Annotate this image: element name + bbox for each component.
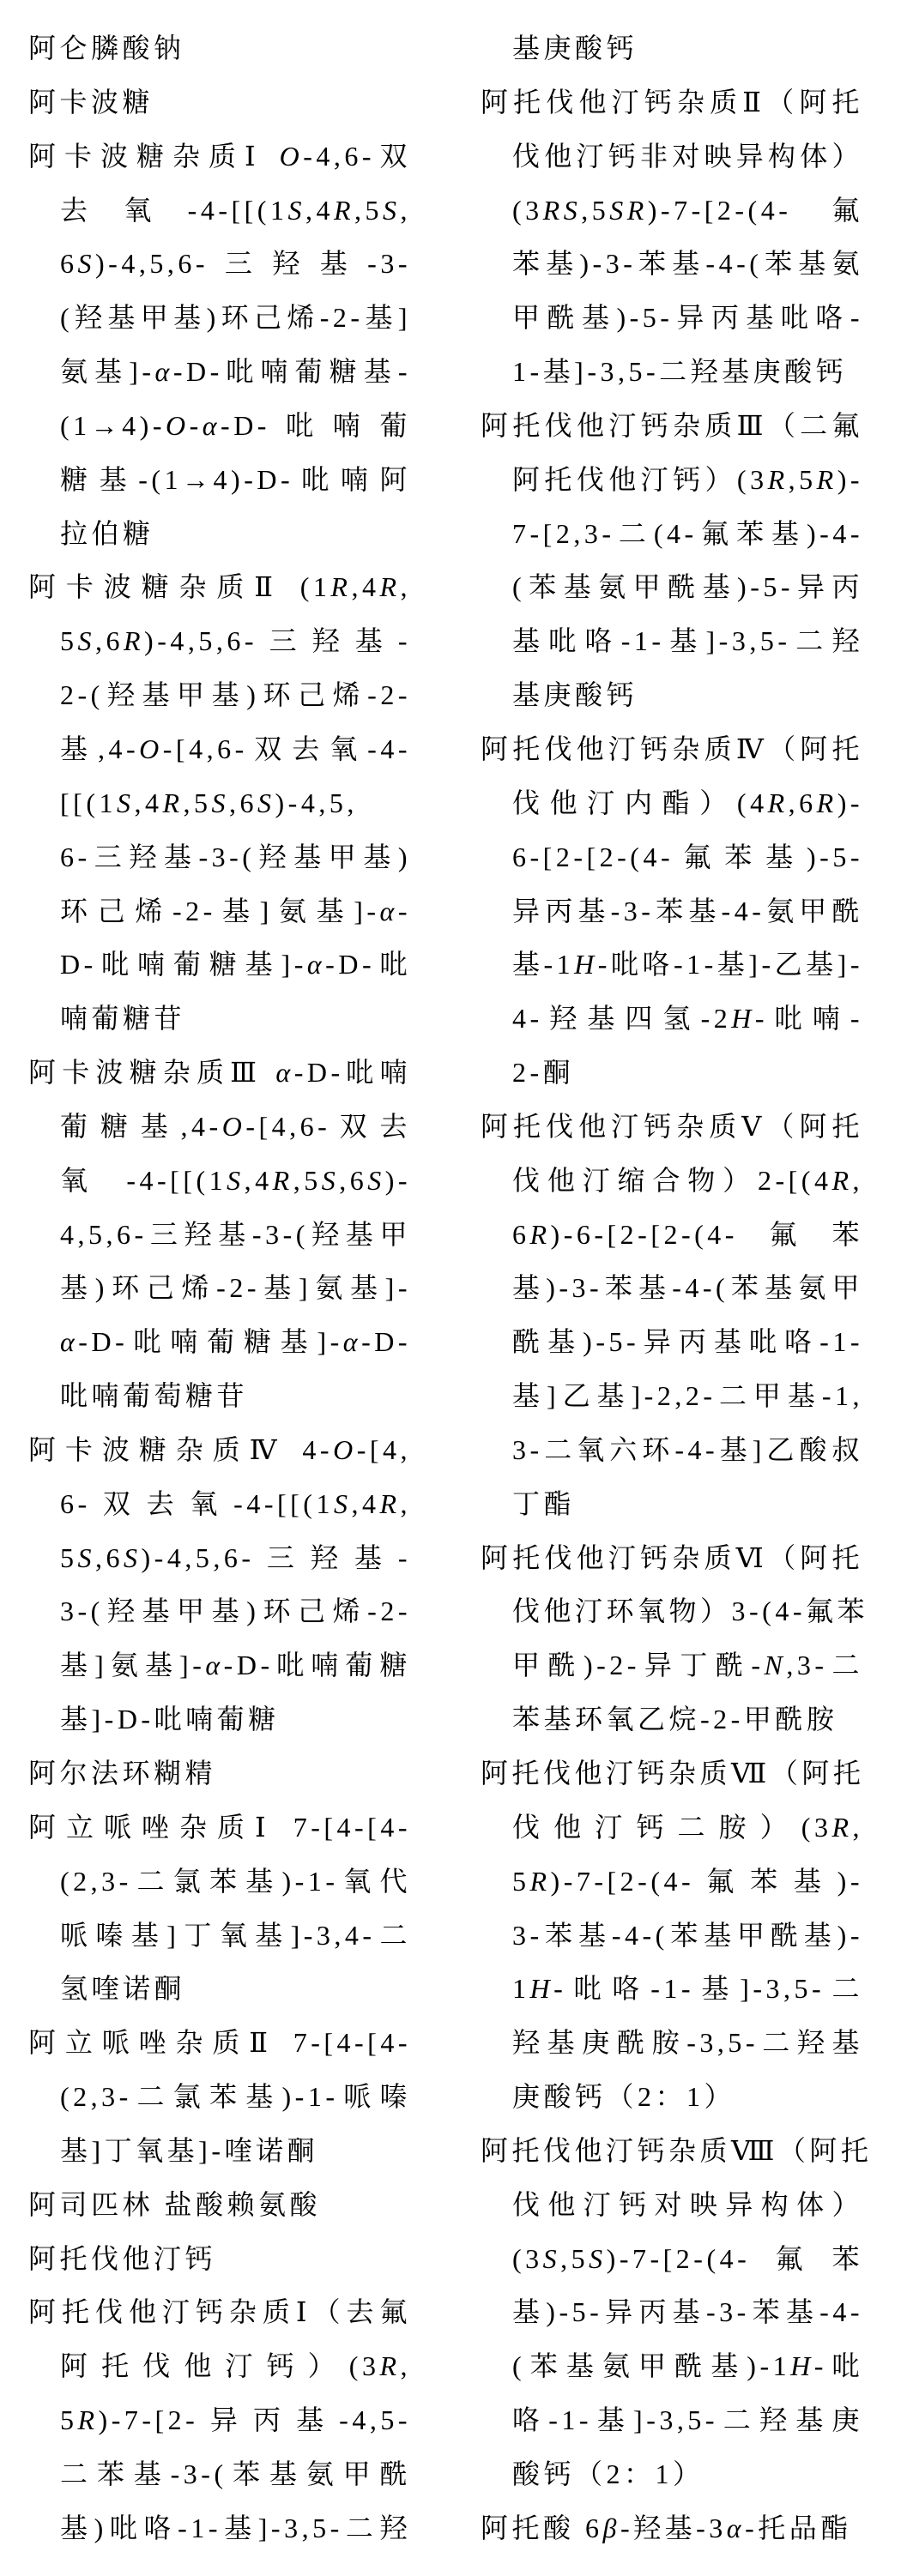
entry-text: -4,6-双 [303, 141, 411, 172]
entry-text: （阿托 [766, 87, 863, 118]
italic-symbol: S [227, 1165, 245, 1196]
entry-term: 阿托酸 [481, 2513, 575, 2543]
entry-continuation-line: (苯基氨甲酰基)-5-异丙 [481, 560, 863, 614]
entry-text: 伐他汀环氧物）3-(4-氟苯 [512, 1596, 868, 1626]
italic-symbol: S [78, 1542, 96, 1573]
entry-first-line: 阿仑膦酸钠 [28, 21, 411, 75]
italic-symbol: S [543, 2243, 561, 2274]
entry-text: 阿托伐他汀钙）(3 [512, 464, 768, 495]
entry-text: 羟基庚酰胺-3,5-二羟基 [512, 2027, 863, 2058]
entry-continuation-line: 异丙基-3-苯基-4-氨甲酰 [481, 884, 863, 938]
entry-continuation-line: D-吡喃葡糖基]-α-D-吡 [28, 938, 411, 992]
entry-first-line: 阿托伐他汀钙杂质Ⅱ（阿托 [481, 75, 863, 130]
entry-text: ,6 [95, 1542, 124, 1573]
entry-text: 伐他汀钙非对映异构体） [512, 141, 863, 172]
entry-first-line: 阿托伐他汀钙杂质Ⅳ（阿托 [481, 722, 863, 776]
entry-term: 阿仑膦酸钠 [28, 33, 185, 63]
italic-symbol: α [275, 1057, 293, 1088]
entry-continuation-line: 基)环己烯-2-基]氨基]- [28, 1261, 411, 1315]
entry-continuation-line: (2,3-二氯苯基)-1-哌嗪 [28, 2070, 411, 2124]
entry-continuation-line: 2-(羟基甲基)环己烯-2- [28, 668, 411, 722]
entry-term: 阿卡波糖杂质Ⅳ [28, 1434, 286, 1465]
entry-text: 5 [60, 2404, 78, 2435]
entry-continuation-line: 甲酰)-2-异丁酰-N,3-二 [481, 1638, 863, 1692]
italic-symbol: R [379, 2350, 400, 2381]
entry-text: （阿托 [768, 1542, 863, 1573]
entry-continuation-line: 5S,6R)-4,5,6-三羟基- [28, 614, 411, 668]
entry-text [264, 141, 280, 172]
entry-text: 基)吡咯-1-基]-3,5-二羟 [60, 2513, 411, 2543]
italic-symbol: O [333, 1434, 357, 1465]
entry-text: 3-(羟基甲基)环己烯-2- [60, 1596, 411, 1626]
italic-symbol: RS [543, 195, 582, 226]
entry-term: 阿司匹林 盐酸赖氨酸 [28, 2189, 321, 2220]
index-entry: 阿立哌唑杂质Ⅰ 7-[4-[4-(2,3-二氯苯基)-1-氧代哌嗪基]丁氧基]-… [28, 1801, 411, 2016]
entry-continuation-line: 6-三羟基-3-(羟基甲基) [28, 830, 411, 884]
entry-continuation-line: 哌嗪基]丁氧基]-3,4-二 [28, 1909, 411, 1963]
entry-continuation-line: 基庚酸钙 [481, 21, 863, 75]
italic-symbol: S [117, 787, 135, 818]
entry-text: 2-(羟基甲基)环己烯-2- [60, 679, 411, 710]
entry-text: )-7-[2-(4-氟 [648, 195, 863, 226]
entry-text: 二苯基-3-(苯基氨甲酰 [60, 2458, 411, 2489]
entry-continuation-line: 环己烯-2-基]氨基]-α- [28, 884, 411, 938]
entry-continuation-line: 伐他汀内酯）(4R,6R)- [481, 776, 863, 830]
entry-first-line: 阿托伐他汀钙 [28, 2232, 411, 2286]
entry-text: 酸钙（2：1） [512, 2458, 704, 2489]
italic-symbol: R [768, 787, 789, 818]
entry-text: )- [837, 464, 863, 495]
entry-continuation-line: 2-酮 [481, 1046, 863, 1100]
entry-continuation-line: 4,5,6-三羟基-3-(羟基甲 [28, 1208, 411, 1262]
entry-continuation-line: (2,3-二氯苯基)-1-氧代 [28, 1855, 411, 1909]
entry-text: ,6 [789, 787, 817, 818]
entry-text: ,4 [305, 195, 334, 226]
entry-continuation-line: (羟基甲基)环己烯-2-基] [28, 291, 411, 345]
entry-text: - [190, 410, 203, 441]
entry-text: （去氟 [313, 2296, 411, 2327]
entry-continuation-line: 甲酰基)-5-异丙基吡咯- [481, 291, 863, 345]
italic-symbol: S [334, 1488, 352, 1519]
entry-continuation-line: 苯基环氧乙烷-2-甲酰胺 [481, 1692, 863, 1746]
italic-symbol: R [530, 1866, 551, 1897]
entry-text: 氢喹诺酮 [60, 1973, 185, 2004]
italic-symbol: O [280, 141, 304, 172]
entry-text: )-4,5,6-三羟基-3- [95, 248, 411, 279]
entry-text: 基]丁氧基]-喹诺酮 [60, 2135, 318, 2166]
entry-continuation-line: 5S,6S)-4,5,6-三羟基- [28, 1531, 411, 1585]
entry-first-line: 阿托伐他汀钙杂质Ⅲ（二氟 [481, 399, 863, 453]
entry-text: 5 [60, 625, 78, 656]
entry-continuation-line: (1→4)-O-α-D-吡喃葡 [28, 399, 411, 453]
italic-symbol: S [78, 248, 96, 279]
entry-continuation-line: (3RS,5SR)-7-[2-(4-氟 [481, 184, 863, 238]
entry-continuation-line: 酰基)-5-异丙基吡咯-1- [481, 1315, 863, 1369]
italic-symbol: α [155, 356, 173, 387]
entry-continuation-line: 氨基]-α-D-吡喃葡糖基- [28, 345, 411, 399]
entry-text: , [401, 195, 412, 226]
entry-text: 4,5,6-三羟基-3-(羟基甲 [60, 1219, 411, 1250]
entry-continuation-line: 咯-1-基]-3,5-二羟基庚 [481, 2393, 863, 2447]
index-entry: 阿司匹林 盐酸赖氨酸 [28, 2178, 411, 2232]
italic-symbol: R [831, 1165, 852, 1196]
index-entry: 阿卡波糖杂质Ⅱ (1R,4R,5S,6R)-4,5,6-三羟基-2-(羟基甲基)… [28, 560, 411, 1046]
index-entry: 阿托伐他汀钙杂质Ⅳ（阿托伐他汀内酯）(4R,6R)-6-[2-[2-(4-氟苯基… [481, 722, 863, 1100]
entry-continuation-line: 基-1H-吡咯-1-基]-乙基]- [481, 938, 863, 992]
entry-first-line: 阿卡波糖杂质Ⅰ O-4,6-双 [28, 130, 411, 184]
entry-term: 阿托伐他汀钙杂质Ⅰ [28, 2296, 313, 2327]
entry-text: -吡咯-1-基]-3,5-二 [553, 1973, 863, 2004]
entry-text: -吡 [814, 2350, 863, 2381]
entry-text: 去氧-4-[[(1 [60, 195, 287, 226]
entry-continuation-line: 基)-3-苯基-4-(苯基氨甲 [481, 1261, 863, 1315]
entry-text: 伐他汀钙二胺）(3 [512, 1812, 831, 1843]
entry-text: 7-[2,3-二(4-氟苯基)-4- [512, 518, 863, 549]
entry-continuation-line: 3-(羟基甲基)环己烯-2- [28, 1584, 411, 1638]
entry-first-line: 阿立哌唑杂质Ⅱ 7-[4-[4- [28, 2016, 411, 2070]
entry-continuation-line: 6-双去氧-4-[[(1S,4R, [28, 1477, 411, 1531]
index-entry: 阿立哌唑杂质Ⅱ 7-[4-[4-(2,3-二氯苯基)-1-哌嗪基]丁氧基]-喹诺… [28, 2016, 411, 2178]
entry-text: 基吡咯-1-基]-3,5-二羟 [512, 625, 863, 656]
entry-first-line: 阿卡波糖 [28, 75, 411, 130]
entry-continuation-line: 氧-4-[[(1S,4R,5S,6S)- [28, 1154, 411, 1208]
entry-text: ,6 [229, 787, 257, 818]
entry-continuation-line: 基]乙基]-2,2-二甲基-1, [481, 1369, 863, 1423]
entry-text [263, 1057, 275, 1088]
index-entry: 阿仑膦酸钠 [28, 21, 411, 75]
entry-text: 基]-D-吡喃葡糖 [60, 1704, 280, 1734]
entry-text: （阿托 [771, 1758, 865, 1789]
entry-text: -D-吡喃葡 [221, 410, 411, 441]
entry-text: 苯基环氧乙烷-2-甲酰胺 [512, 1704, 837, 1734]
italic-symbol: R [817, 464, 837, 495]
entry-text: 葡糖基,4- [60, 1111, 222, 1142]
entry-continuation-line: 6-[2-[2-(4-氟苯基)-5- [481, 830, 863, 884]
entry-text: 吡喃葡萄糖苷 [60, 1380, 248, 1411]
entry-continuation-line: 葡糖基,4-O-[4,6-双去 [28, 1100, 411, 1154]
entry-first-line: 阿托伐他汀钙杂质Ⅵ（阿托 [481, 1531, 863, 1585]
entry-text: )-4,5, [275, 787, 358, 818]
entry-text: 环己烯-2-基]氨基]- [60, 896, 380, 926]
italic-symbol: R [273, 1165, 293, 1196]
entry-continuation-line: 去氧-4-[[(1S,4R,5S, [28, 184, 411, 238]
italic-symbol: R [124, 625, 144, 656]
italic-symbol: R [379, 571, 400, 602]
entry-continuation-line: 伐他汀钙对映异构体） [481, 2178, 863, 2232]
italic-symbol: R [831, 1812, 852, 1843]
italic-symbol: S [124, 1542, 142, 1573]
index-entry: 基庚酸钙 [481, 21, 863, 75]
entry-text: 甲酰基)-5-异丙基吡咯- [512, 302, 863, 333]
entry-continuation-line: 糖基-(1→4)-D-吡喃阿 [28, 453, 411, 507]
italic-symbol: R [379, 1488, 400, 1519]
entry-text: , [401, 2350, 412, 2381]
entry-text: 2-酮 [512, 1057, 574, 1088]
entry-text: 伐他汀钙对映异构体） [512, 2189, 863, 2220]
entry-first-line: 阿立哌唑杂质Ⅰ 7-[4-[4- [28, 1801, 411, 1855]
entry-continuation-line: 3-二氧六环-4-基]乙酸叔 [481, 1423, 863, 1477]
entry-text: 5 [512, 1866, 530, 1897]
entry-text: （阿托 [778, 2135, 873, 2166]
entry-text: -羟基-3 [620, 2513, 727, 2543]
entry-text: )-6-[2-[2-(4-氟苯 [551, 1219, 863, 1250]
italic-symbol: H [790, 2350, 814, 2381]
entry-continuation-line: (3S,5S)-7-[2-(4-氟苯 [481, 2232, 863, 2286]
entry-term: 阿托伐他汀钙杂质Ⅲ [481, 410, 768, 441]
index-entry: 阿托伐他汀钙杂质Ⅷ（阿托伐他汀钙对映异构体）(3S,5S)-7-[2-(4-氟苯… [481, 2124, 863, 2501]
entry-continuation-line: 1H-吡咯-1-基]-3,5-二 [481, 1962, 863, 2016]
entry-term: 阿立哌唑杂质Ⅱ [28, 2027, 277, 2058]
entry-text: )- [837, 787, 863, 818]
entry-text: [[(1 [60, 787, 117, 818]
entry-text: ,5 [789, 464, 817, 495]
italic-symbol: S [383, 195, 401, 226]
entry-text: -托品酯 [745, 2513, 852, 2543]
entry-continuation-line: 拉伯糖 [28, 507, 411, 561]
entry-text: 1 [512, 1973, 530, 2004]
entry-text: , [853, 1812, 864, 1843]
entry-term: 阿尔法环糊精 [28, 1758, 216, 1789]
entry-text: ,4 [351, 571, 379, 602]
entry-continuation-line: 基,4-O-[4,6-双去氧-4- [28, 722, 411, 776]
entry-term: 阿托伐他汀钙杂质Ⅱ [481, 87, 766, 118]
entry-text: 基)-5-异丙基-3-苯基-4- [512, 2296, 863, 2327]
entry-continuation-line: 二苯基-3-(苯基氨甲酰 [28, 2447, 411, 2501]
index-page: 阿仑膦酸钠阿卡波糖阿卡波糖杂质Ⅰ O-4,6-双去氧-4-[[(1S,4R,5S… [0, 0, 907, 2576]
entry-text: 基)环己烯-2-基]氨基]- [60, 1272, 411, 1303]
entry-text: 阿托伐他汀钙）(3 [60, 2350, 379, 2381]
index-entry: 阿托伐他汀钙 [28, 2232, 411, 2286]
italic-symbol: α [60, 1326, 78, 1357]
entry-text: , [401, 571, 412, 602]
entry-term: 阿托伐他汀钙 [28, 2243, 216, 2274]
entry-text: 6 [575, 2513, 603, 2543]
italic-symbol: SR [609, 195, 648, 226]
italic-symbol: R [334, 195, 354, 226]
entry-text: （二氟 [768, 410, 863, 441]
entry-text: 基)-3-苯基-4-(苯基氨甲 [512, 1272, 863, 1303]
entry-text: ,4 [351, 1488, 379, 1519]
italic-symbol: S [367, 1165, 385, 1196]
entry-text: ,5 [184, 787, 212, 818]
index-entry: 阿卡波糖杂质Ⅳ 4-O-[4,6-双去氧-4-[[(1S,4R,5S,6S)-4… [28, 1423, 411, 1746]
italic-symbol: O [139, 733, 163, 764]
italic-symbol: N [765, 1650, 787, 1680]
entry-text: )-7-[2-异丙基-4,5- [99, 2404, 411, 2435]
entry-text: ,4 [134, 787, 162, 818]
entry-continuation-line: 基吡咯-1-基]-3,5-二羟 [481, 614, 863, 668]
entry-continuation-line: 阿托伐他汀钙）(3R,5R)- [481, 453, 863, 507]
entry-text: 拉伯糖 [60, 518, 154, 549]
entry-continuation-line: 酸钙（2：1） [481, 2447, 863, 2501]
index-entry: 阿托伐他汀钙杂质Ⅱ（阿托伐他汀钙非对映异构体）(3RS,5SR)-7-[2-(4… [481, 75, 863, 399]
entry-term: 阿托伐他汀钙杂质Ⅶ [481, 1758, 771, 1789]
entry-continuation-line: 伐他汀环氧物）3-(4-氟苯 [481, 1584, 863, 1638]
index-entry: 阿托伐他汀钙杂质Ⅰ（去氟阿托伐他汀钙）(3R,5R)-7-[2-异丙基-4,5-… [28, 2285, 411, 2555]
entry-text: 6-三羟基-3-(羟基甲基) [60, 842, 411, 872]
italic-symbol: O [166, 410, 190, 441]
entry-text: 甲酰)-2-异丁酰- [512, 1650, 765, 1680]
entry-text: 基,4- [60, 733, 139, 764]
entry-text: ,5 [560, 2243, 589, 2274]
entry-first-line: 阿托伐他汀钙杂质Ⅴ（阿托 [481, 1100, 863, 1154]
entry-text: -吡喃- [755, 1003, 863, 1034]
entry-continuation-line: 吡喃葡萄糖苷 [28, 1369, 411, 1423]
entry-text: )-7-[2-(4-氟苯基)- [551, 1866, 863, 1897]
entry-text: 咯-1-基]-3,5-二羟基庚 [512, 2404, 863, 2435]
italic-symbol: R [817, 787, 837, 818]
entry-text: (苯基氨甲酰基)-1 [512, 2350, 790, 2381]
entry-continuation-line: 伐他汀缩合物）2-[(4R, [481, 1154, 863, 1208]
entry-term: 阿卡波糖杂质Ⅰ [28, 141, 264, 172]
entry-continuation-line: 基庚酸钙 [481, 668, 863, 722]
italic-symbol: α [343, 1326, 361, 1357]
entry-text: 基-1 [512, 949, 574, 980]
entry-text: (1 [283, 571, 331, 602]
entry-continuation-line: 4-羟基四氢-2H-吡喃- [481, 992, 863, 1046]
entry-text: 6 [60, 248, 78, 279]
entry-text: 伐他汀内酯）(4 [512, 787, 768, 818]
entry-text: , [853, 1165, 864, 1196]
italic-symbol: S [322, 1165, 340, 1196]
entry-text: )-4,5,6-三羟基- [142, 1542, 412, 1573]
entry-continuation-line: 伐他汀钙非对映异构体） [481, 130, 863, 184]
entry-continuation-line: 喃葡糖苷 [28, 992, 411, 1046]
entry-text: -吡咯-1-基]-乙基]- [598, 949, 863, 980]
entry-continuation-line: 基)-5-异丙基-3-苯基-4- [481, 2285, 863, 2339]
entry-term: 阿卡波糖杂质Ⅱ [28, 571, 283, 602]
entry-text: 伐他汀缩合物）2-[(4 [512, 1165, 831, 1196]
index-entry: 阿卡波糖杂质Ⅲ α-D-吡喃葡糖基,4-O-[4,6-双去氧-4-[[(1S,4… [28, 1046, 411, 1423]
entry-text: 氧-4-[[(1 [60, 1165, 227, 1196]
entry-text: )-7-[2-(4-氟苯 [607, 2243, 863, 2274]
entry-text: -D-吡喃葡糖 [224, 1650, 411, 1680]
italic-symbol: α [380, 896, 398, 926]
italic-symbol: β [603, 2513, 620, 2543]
index-entry: 阿托伐他汀钙杂质Ⅵ（阿托伐他汀环氧物）3-(4-氟苯甲酰)-2-异丁酰-N,3-… [481, 1531, 863, 1746]
italic-symbol: O [222, 1111, 246, 1142]
entry-text: 4- [286, 1434, 333, 1465]
entry-text: 异丙基-3-苯基-4-氨甲酰 [512, 896, 863, 926]
entry-text: 5 [60, 1542, 78, 1573]
entry-first-line: 阿卡波糖杂质Ⅳ 4-O-[4, [28, 1423, 411, 1477]
index-entry: 阿托伐他汀钙杂质Ⅴ（阿托伐他汀缩合物）2-[(4R,6R)-6-[2-[2-(4… [481, 1100, 863, 1531]
entry-text: (3 [512, 2243, 543, 2274]
entry-continuation-line: 氢喹诺酮 [28, 1962, 411, 2016]
entry-term: 阿立哌唑杂质Ⅰ [28, 1812, 276, 1843]
entry-continuation-line: 基]丁氧基]-喹诺酮 [28, 2124, 411, 2178]
entry-text: 7-[4-[4- [276, 1812, 411, 1843]
entry-text: , [401, 1488, 412, 1519]
entry-continuation-line: 5R)-7-[2-(4-氟苯基)- [481, 1855, 863, 1909]
entry-first-line: 阿司匹林 盐酸赖氨酸 [28, 2178, 411, 2232]
entry-continuation-line: 羟基庚酰胺-3,5-二羟基 [481, 2016, 863, 2070]
entry-continuation-line: (苯基氨甲酰基)-1H-吡 [481, 2339, 863, 2393]
italic-symbol: S [589, 2243, 607, 2274]
entry-text: 丁酯 [512, 1488, 575, 1519]
entry-text: 3-二氧六环-4-基]乙酸叔 [512, 1434, 863, 1465]
italic-symbol: α [307, 949, 325, 980]
italic-symbol: R [768, 464, 789, 495]
entry-continuation-line: 5R)-7-[2-异丙基-4,5- [28, 2393, 411, 2447]
index-entry: 阿托伐他汀钙杂质Ⅶ（阿托伐他汀钙二胺）(3R,5R)-7-[2-(4-氟苯基)-… [481, 1746, 863, 2124]
entry-term: 阿卡波糖 [28, 87, 154, 118]
entry-text: D-吡喃葡糖基]- [60, 949, 307, 980]
entry-text: -D-吡喃葡糖基- [173, 356, 411, 387]
entry-text: 哌嗪基]丁氧基]-3,4-二 [60, 1920, 411, 1951]
entry-text: -D-吡 [325, 949, 411, 980]
index-entry: 阿托酸 6β-羟基-3α-托品酯 [481, 2501, 863, 2555]
entry-text: 7-[4-[4- [277, 2027, 411, 2058]
entry-text: 6-[2-[2-(4-氟苯基)-5- [512, 842, 863, 872]
entry-continuation-line: 7-[2,3-二(4-氟苯基)-4- [481, 507, 863, 561]
entry-continuation-line: 1-基]-3,5-二羟基庚酸钙 [481, 345, 863, 399]
italic-symbol: R [530, 1219, 551, 1250]
entry-text: -D-吡喃葡糖基]- [78, 1326, 342, 1357]
entry-text: 基]乙基]-2,2-二甲基-1, [512, 1380, 863, 1411]
entry-text: 基庚酸钙 [512, 679, 638, 710]
entry-text: ,5 [354, 195, 383, 226]
entry-text: （阿托 [766, 1111, 863, 1142]
entry-text: 6-双去氧-4-[[(1 [60, 1488, 334, 1519]
entry-text: (1→4)- [60, 410, 166, 441]
italic-symbol: α [727, 2513, 745, 2543]
entry-text: -[4, [357, 1434, 411, 1465]
entry-text: 1-基]-3,5-二羟基庚酸钙 [512, 356, 847, 387]
entry-text: -D- [361, 1326, 411, 1357]
entry-text: (苯基氨甲酰基)-5-异丙 [512, 571, 863, 602]
entry-text: (3 [512, 195, 543, 226]
italic-symbol: R [330, 571, 351, 602]
entry-term: 阿托伐他汀钙杂质Ⅴ [481, 1111, 766, 1142]
entry-text: 糖基-(1→4)-D-吡喃阿 [60, 464, 411, 495]
entry-text: (羟基甲基)环己烯-2-基] [60, 302, 411, 333]
entry-text: (2,3-二氯苯基)-1-哌嗪 [60, 2081, 411, 2112]
entry-continuation-line: 伐他汀钙二胺）(3R, [481, 1801, 863, 1855]
entry-continuation-line: 苯基)-3-苯基-4-(苯基氨 [481, 237, 863, 291]
entry-text: 3-苯基-4-(苯基甲酰基)- [512, 1920, 863, 1951]
entry-term: 阿托伐他汀钙杂质Ⅳ [481, 733, 768, 764]
italic-symbol: S [78, 625, 96, 656]
entry-first-line: 阿托酸 6β-羟基-3α-托品酯 [481, 2501, 863, 2555]
index-entry: 阿卡波糖 [28, 75, 411, 130]
entry-continuation-line: 庚酸钙（2：1） [481, 2070, 863, 2124]
italic-symbol: H [574, 949, 598, 980]
entry-text: -[4,6-双去 [245, 1111, 411, 1142]
italic-symbol: S [257, 787, 275, 818]
entry-text: ,5 [581, 195, 609, 226]
entry-text: 基]氨基]- [60, 1650, 205, 1680]
entry-text: ,4 [245, 1165, 273, 1196]
entry-text: 苯基)-3-苯基-4-(苯基氨 [512, 248, 863, 279]
entry-continuation-line: 6R)-6-[2-[2-(4-氟苯 [481, 1208, 863, 1262]
entry-continuation-line: 基]氨基]-α-D-吡喃葡糖 [28, 1638, 411, 1692]
entry-text: ,5 [293, 1165, 322, 1196]
entry-first-line: 阿尔法环糊精 [28, 1746, 411, 1801]
index-entry: 阿卡波糖杂质Ⅰ O-4,6-双去氧-4-[[(1S,4R,5S,6S)-4,5,… [28, 130, 411, 561]
entry-first-line: 阿卡波糖杂质Ⅱ (1R,4R, [28, 560, 411, 614]
entry-text: 酰基)-5-异丙基吡咯-1- [512, 1326, 863, 1357]
entry-text: 6 [512, 1219, 530, 1250]
italic-symbol: R [162, 787, 183, 818]
italic-symbol: H [731, 1003, 755, 1034]
entry-text: ,3-二 [786, 1650, 863, 1680]
entry-term: 阿卡波糖杂质Ⅲ [28, 1057, 263, 1088]
index-column-left: 阿仑膦酸钠阿卡波糖阿卡波糖杂质Ⅰ O-4,6-双去氧-4-[[(1S,4R,5S… [28, 21, 411, 2555]
index-column-right: 基庚酸钙阿托伐他汀钙杂质Ⅱ（阿托伐他汀钙非对映异构体）(3RS,5SR)-7-[… [481, 21, 863, 2555]
entry-continuation-line: α-D-吡喃葡糖基]-α-D- [28, 1315, 411, 1369]
entry-term: 阿托伐他汀钙杂质Ⅵ [481, 1542, 768, 1573]
